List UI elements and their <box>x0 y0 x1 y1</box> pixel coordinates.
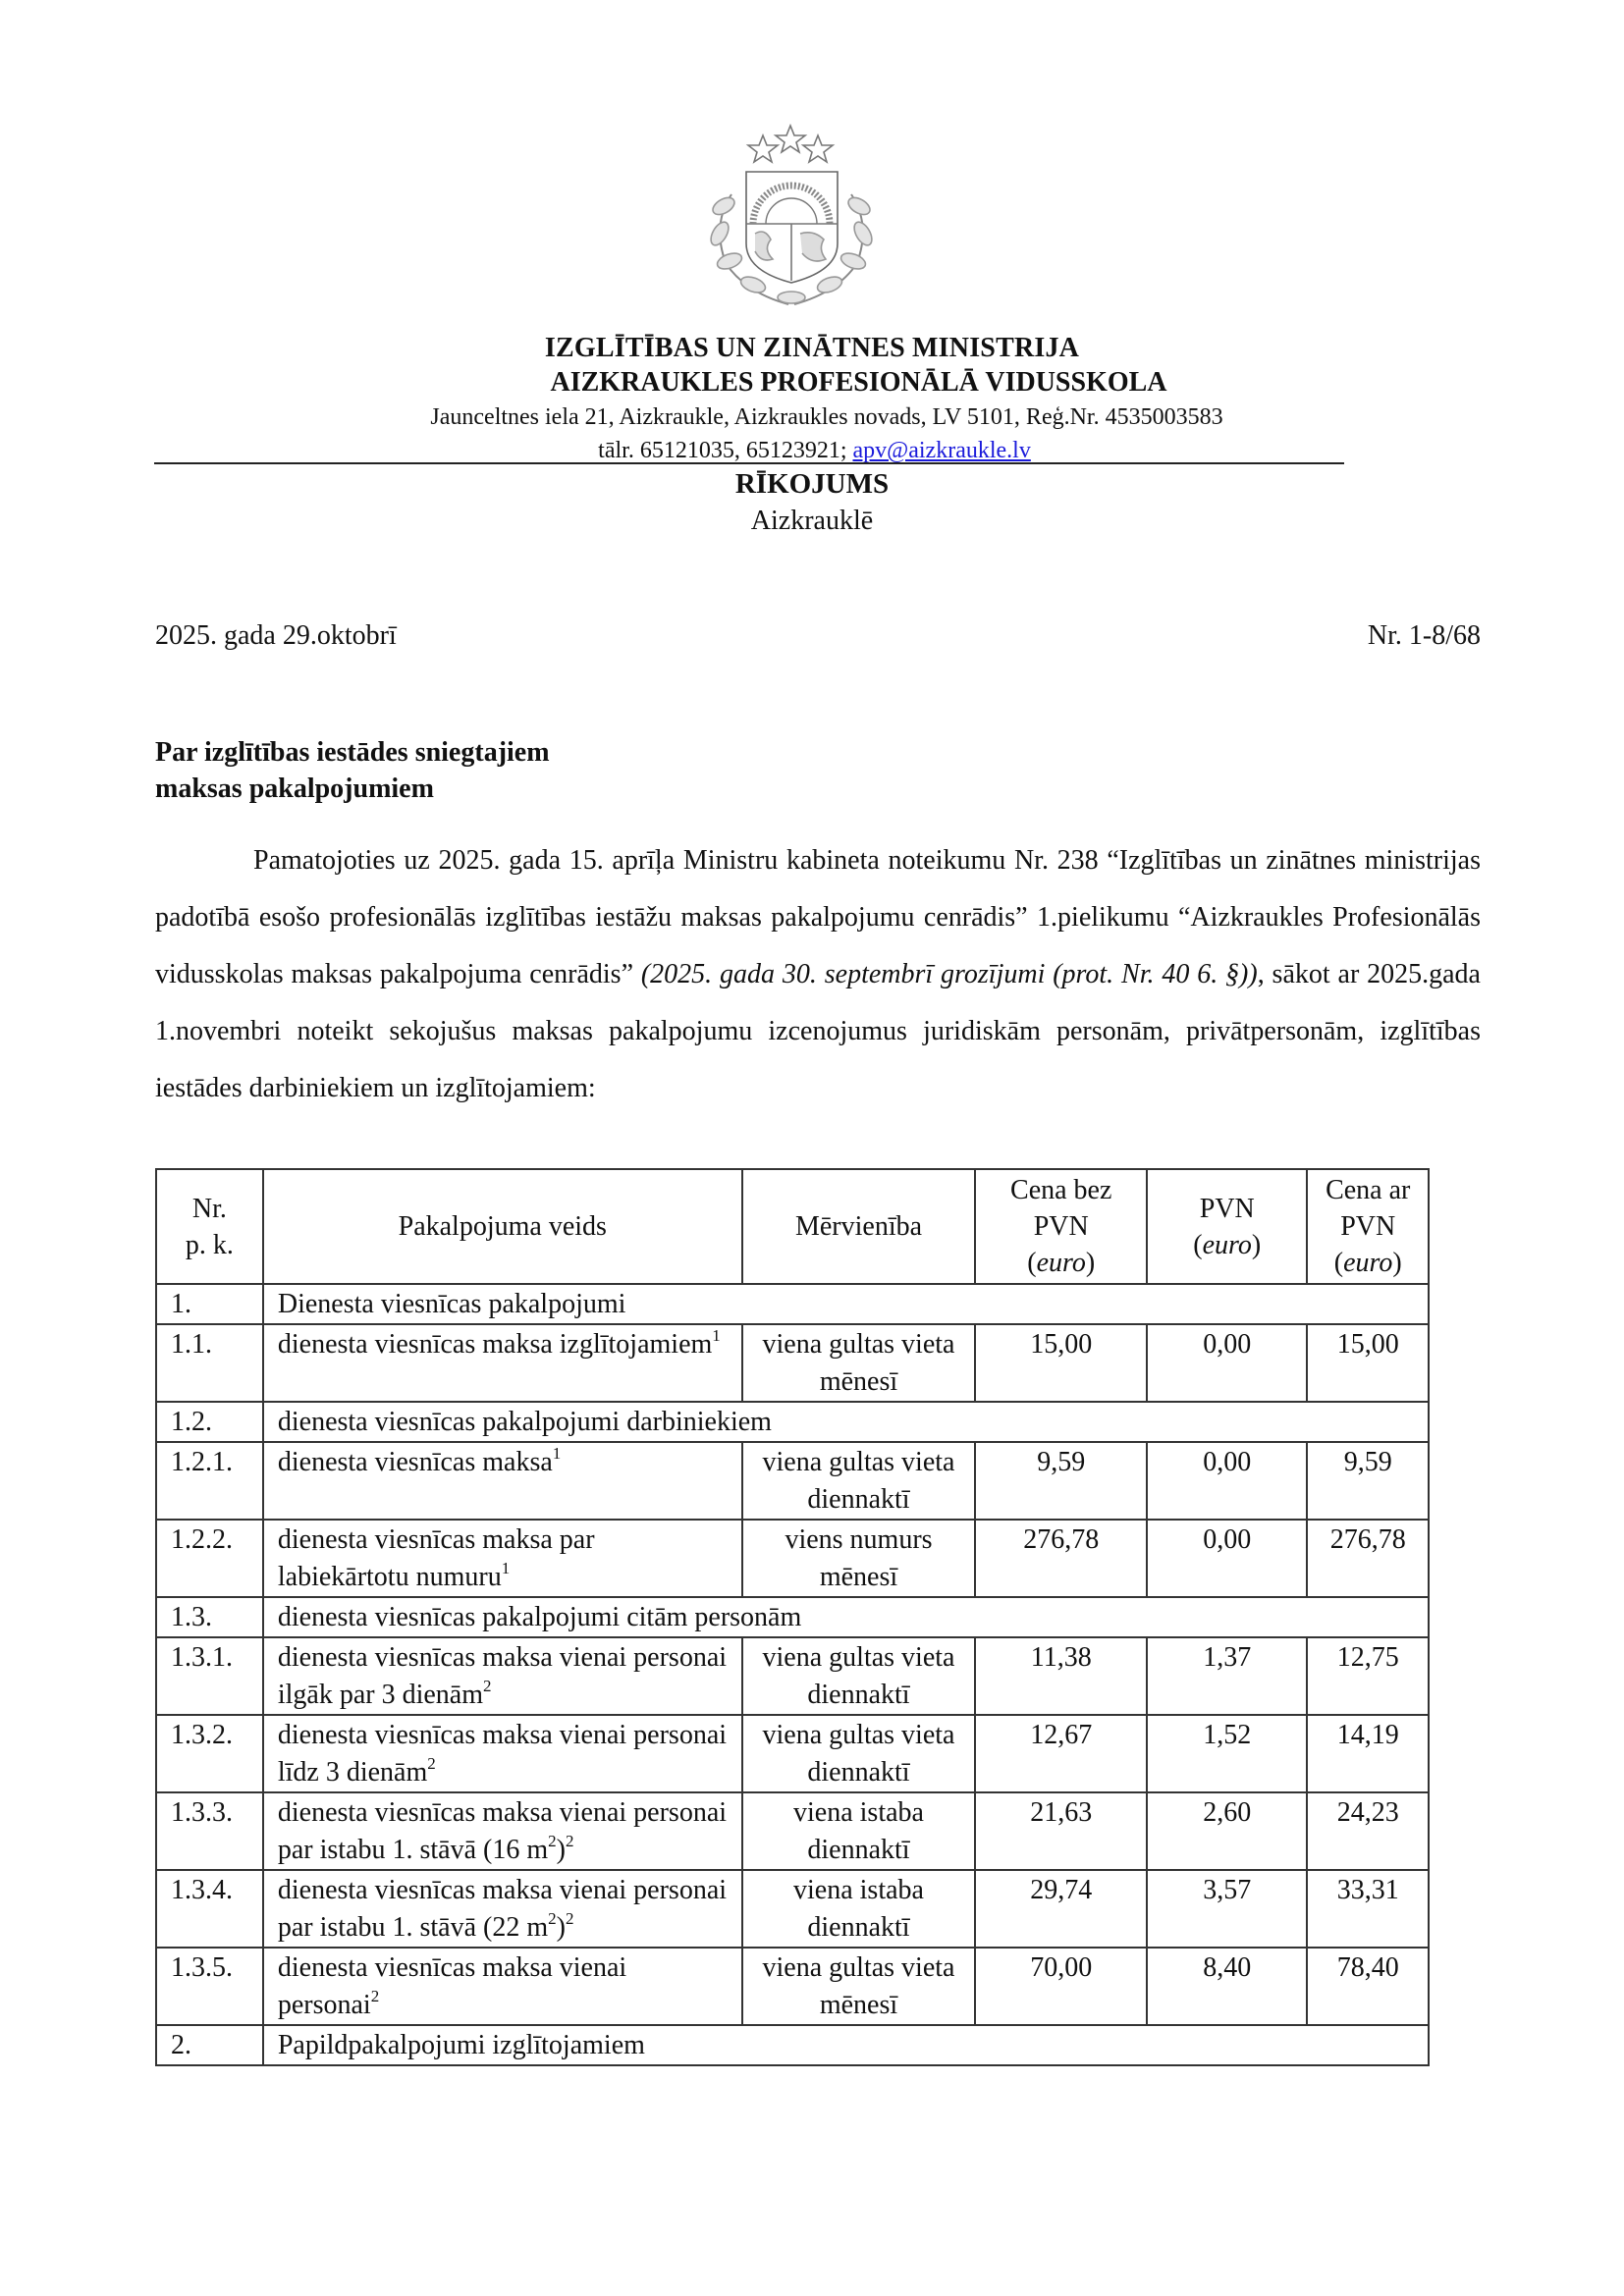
price-excl-vat: 21,63 <box>975 1792 1147 1870</box>
unit-of-measure: viena gultas vieta diennaktī <box>742 1637 976 1715</box>
price-table: Nr.p. k. Pakalpojuma veids Mērvienība Ce… <box>155 1168 1430 2066</box>
service-description: dienesta viesnīcas maksa1 <box>263 1442 742 1520</box>
table-row: 1.2.1.dienesta viesnīcas maksa1viena gul… <box>156 1442 1429 1520</box>
document-number: Nr. 1-8/68 <box>1368 620 1481 652</box>
table-section-row: 1.3.dienesta viesnīcas pakalpojumi citām… <box>156 1597 1429 1637</box>
unit-of-measure: viena istaba diennaktī <box>742 1870 976 1948</box>
document-type: RĪKOJUMS <box>0 469 1624 499</box>
coat-of-arms-icon <box>692 116 889 307</box>
table-header-row: Nr.p. k. Pakalpojuma veids Mērvienība Ce… <box>156 1169 1429 1284</box>
phone-numbers: tālr. 65121035, 65123921; <box>598 438 852 463</box>
footnote-marker: 1 <box>553 1444 562 1463</box>
table-row: 1.3.2.dienesta viesnīcas maksa vienai pe… <box>156 1715 1429 1792</box>
price-excl-vat: 15,00 <box>975 1324 1147 1402</box>
vat-amount: 1,37 <box>1147 1637 1307 1715</box>
table-section-row: 1.2.dienesta viesnīcas pakalpojumi darbi… <box>156 1402 1429 1442</box>
vat-amount: 8,40 <box>1147 1948 1307 2025</box>
row-number: 1.3. <box>156 1597 263 1637</box>
price-incl-vat: 24,23 <box>1307 1792 1429 1870</box>
table-row: 1.3.1.dienesta viesnīcas maksa vienai pe… <box>156 1637 1429 1715</box>
row-number: 1.2. <box>156 1402 263 1442</box>
section-title: dienesta viesnīcas pakalpojumi citām per… <box>263 1597 1429 1637</box>
row-number: 1.2.1. <box>156 1442 263 1520</box>
service-description: dienesta viesnīcas maksa vienai personai… <box>263 1715 742 1792</box>
price-incl-vat: 12,75 <box>1307 1637 1429 1715</box>
service-description: dienesta viesnīcas maksa vienai personai… <box>263 1637 742 1715</box>
vat-amount: 3,57 <box>1147 1870 1307 1948</box>
price-incl-vat: 9,59 <box>1307 1442 1429 1520</box>
header-price-excl-vat: Cena bezPVN(euro) <box>975 1169 1147 1284</box>
section-title: dienesta viesnīcas pakalpojumi darbiniek… <box>263 1402 1429 1442</box>
section-title: Dienesta viesnīcas pakalpojumi <box>263 1284 1429 1324</box>
table-row: 1.3.4.dienesta viesnīcas maksa vienai pe… <box>156 1870 1429 1948</box>
price-incl-vat: 276,78 <box>1307 1520 1429 1597</box>
price-excl-vat: 70,00 <box>975 1948 1147 2025</box>
service-description: dienesta viesnīcas maksa vienai personai… <box>263 1948 742 2025</box>
service-description: dienesta viesnīcas maksa par labiekārtot… <box>263 1520 742 1597</box>
table-row: 1.3.3.dienesta viesnīcas maksa vienai pe… <box>156 1792 1429 1870</box>
service-description: dienesta viesnīcas maksa vienai personai… <box>263 1870 742 1948</box>
contact-line: tālr. 65121035, 65123921; apv@aizkraukle… <box>0 436 1624 465</box>
footnote-marker: 2 <box>371 1987 380 2005</box>
ministry-name: IZGLĪTĪBAS UN ZINĀTNES MINISTRIJA <box>0 334 1624 363</box>
row-number: 1.3.3. <box>156 1792 263 1870</box>
price-incl-vat: 78,40 <box>1307 1948 1429 2025</box>
row-number: 1. <box>156 1284 263 1324</box>
price-incl-vat: 14,19 <box>1307 1715 1429 1792</box>
unit-of-measure: viens numurs mēnesī <box>742 1520 976 1597</box>
header-unit: Mērvienība <box>742 1169 976 1284</box>
unit-of-measure: viena gultas vieta mēnesī <box>742 1948 976 2025</box>
vat-amount: 0,00 <box>1147 1520 1307 1597</box>
row-number: 1.3.2. <box>156 1715 263 1792</box>
school-address: Jaunceltnes iela 21, Aizkraukle, Aizkrau… <box>0 402 1624 432</box>
footnote-marker: 2 <box>427 1754 436 1773</box>
price-excl-vat: 12,67 <box>975 1715 1147 1792</box>
document-subject: Par izglītības iestādes sniegtajiem maks… <box>155 734 550 807</box>
vat-amount: 0,00 <box>1147 1324 1307 1402</box>
letterhead-divider <box>154 462 1344 464</box>
unit-of-measure: viena istaba diennaktī <box>742 1792 976 1870</box>
header-vat: PVN(euro) <box>1147 1169 1307 1284</box>
price-incl-vat: 33,31 <box>1307 1870 1429 1948</box>
subject-line-1: Par izglītības iestādes sniegtajiem <box>155 734 550 771</box>
body-paragraph: Pamatojoties uz 2025. gada 15. aprīļa Mi… <box>155 832 1481 1117</box>
price-excl-vat: 29,74 <box>975 1870 1147 1948</box>
table-section-row: 1.Dienesta viesnīcas pakalpojumi <box>156 1284 1429 1324</box>
section-title: Papildpakalpojumi izglītojamiem <box>263 2025 1429 2065</box>
unit-of-measure: viena gultas vieta diennaktī <box>742 1715 976 1792</box>
table-row: 1.3.5.dienesta viesnīcas maksa vienai pe… <box>156 1948 1429 2025</box>
document-date: 2025. gada 29.oktobrī <box>155 620 397 652</box>
row-number: 1.3.1. <box>156 1637 263 1715</box>
row-number: 1.1. <box>156 1324 263 1402</box>
school-name: AIZKRAUKLES PROFESIONĀLĀ VIDUSSKOLA <box>0 368 1624 398</box>
table-row: 1.1.dienesta viesnīcas maksa izglītojami… <box>156 1324 1429 1402</box>
body-text-italic: (2025. gada 30. septembrī grozījumi (pro… <box>641 959 1258 989</box>
header-price-incl-vat: Cena arPVN(euro) <box>1307 1169 1429 1284</box>
row-number: 1.3.4. <box>156 1870 263 1948</box>
row-number: 1.3.5. <box>156 1948 263 2025</box>
vat-amount: 0,00 <box>1147 1442 1307 1520</box>
service-description: dienesta viesnīcas maksa vienai personai… <box>263 1792 742 1870</box>
footnote-marker: 2 <box>483 1677 492 1695</box>
header-service: Pakalpojuma veids <box>263 1169 742 1284</box>
email-link[interactable]: apv@aizkraukle.lv <box>852 438 1030 463</box>
footnote-marker: 1 <box>712 1326 721 1345</box>
unit-of-measure: viena gultas vieta mēnesī <box>742 1324 976 1402</box>
footnote-marker: 2 <box>566 1909 574 1928</box>
row-number: 1.2.2. <box>156 1520 263 1597</box>
issue-place: Aizkrauklē <box>0 507 1624 536</box>
table-section-row: 2.Papildpakalpojumi izglītojamiem <box>156 2025 1429 2065</box>
price-excl-vat: 11,38 <box>975 1637 1147 1715</box>
price-incl-vat: 15,00 <box>1307 1324 1429 1402</box>
price-excl-vat: 9,59 <box>975 1442 1147 1520</box>
vat-amount: 1,52 <box>1147 1715 1307 1792</box>
header-nr: Nr.p. k. <box>156 1169 263 1284</box>
unit-of-measure: viena gultas vieta diennaktī <box>742 1442 976 1520</box>
row-number: 2. <box>156 2025 263 2065</box>
service-description: dienesta viesnīcas maksa izglītojamiem1 <box>263 1324 742 1402</box>
table-row: 1.2.2.dienesta viesnīcas maksa par labie… <box>156 1520 1429 1597</box>
price-excl-vat: 276,78 <box>975 1520 1147 1597</box>
subject-line-2: maksas pakalpojumiem <box>155 771 550 807</box>
footnote-marker: 1 <box>502 1559 511 1577</box>
vat-amount: 2,60 <box>1147 1792 1307 1870</box>
footnote-marker: 2 <box>566 1832 574 1850</box>
